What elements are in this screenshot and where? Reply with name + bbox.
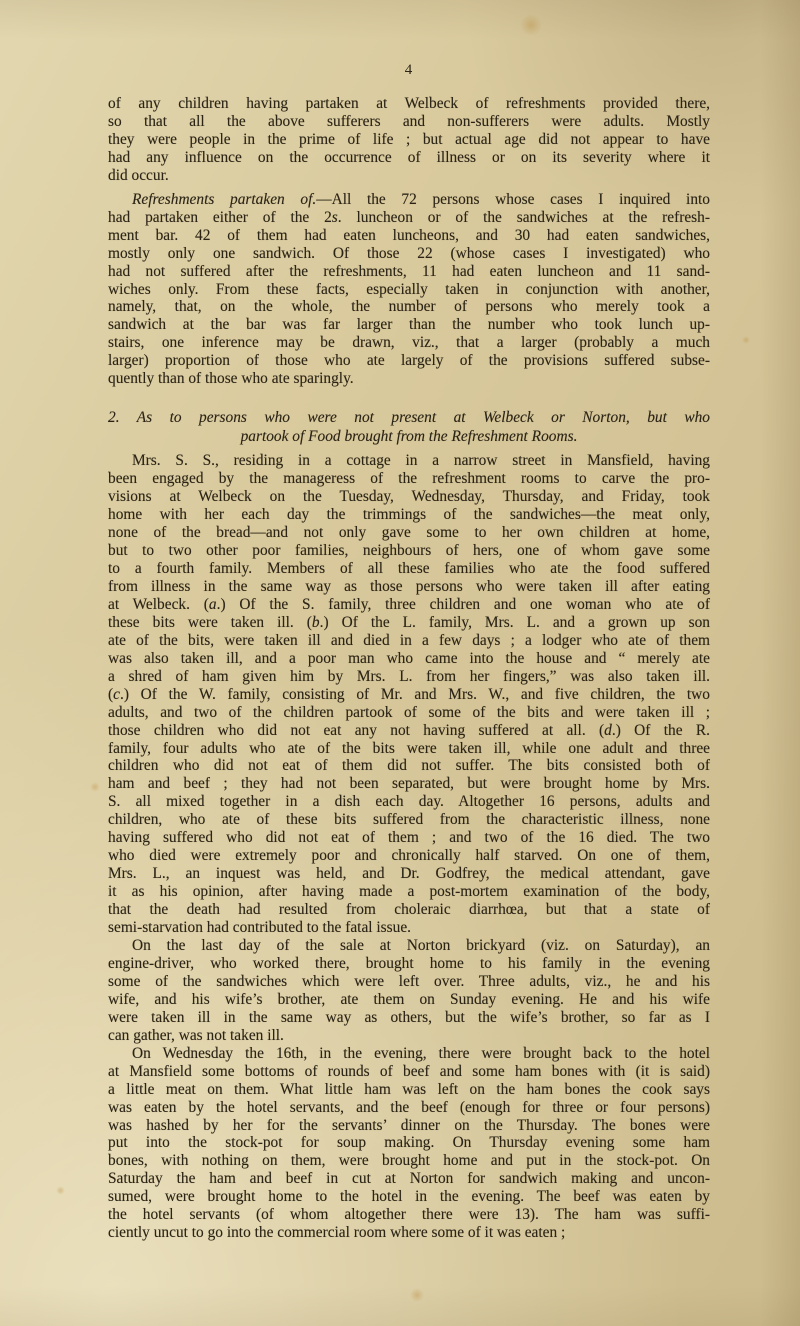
text-line: namely, that, on the whole, the number o… (108, 298, 710, 316)
text-line: those children who did not eat any not h… (108, 722, 710, 740)
text-line: a little meat on them. What little ham w… (108, 1081, 710, 1099)
text-line: a shred of ham given him by Mrs. L. from… (108, 668, 710, 686)
text-line: On the last day of the sale at Norton br… (108, 937, 710, 955)
text-line: family, four adults who ate of the bits … (108, 740, 710, 758)
paragraph: of any children having partaken at Welbe… (108, 95, 710, 185)
foxing-spot (520, 14, 542, 36)
text-line: semi-starvation had contributed to the f… (108, 919, 710, 937)
text-line: partook of Food brought from the Refresh… (108, 427, 710, 446)
text-line: 2. As to persons who were not present at… (108, 408, 710, 427)
text-line: ate of the bits, were taken ill and died… (108, 632, 710, 650)
text-line: sandwich at the bar was far larger than … (108, 316, 710, 334)
text-line: ham and beef ; they had not been separat… (108, 775, 710, 793)
text-line: was hashed by her for the servants’ dinn… (108, 1117, 710, 1135)
scanned-book-page: 4 of any children having partaken at Wel… (0, 0, 800, 1326)
text-line: On Wednesday the 16th, in the evening, t… (108, 1045, 710, 1063)
foxing-spot (410, 1288, 424, 1302)
text-line: did occur. (108, 167, 710, 185)
paragraph: Refreshments partaken of.—All the 72 per… (108, 191, 710, 388)
text-line: they were people in the prime of life ; … (108, 131, 710, 149)
text-line: these bits were taken ill. (b.) Of the L… (108, 614, 710, 632)
text-line: bones, with nothing on them, were brough… (108, 1152, 710, 1170)
text-line: so that all the above sufferers and non-… (108, 113, 710, 131)
text-line: at Welbeck. (a.) Of the S. family, three… (108, 596, 710, 614)
text-line: Mrs. L., an inquest was held, and Dr. Go… (108, 865, 710, 883)
text-line: visions at Welbeck on the Tuesday, Wedne… (108, 488, 710, 506)
text-line: of any children having partaken at Welbe… (108, 95, 710, 113)
text-line: adults, and two of the children partook … (108, 704, 710, 722)
paragraph: On Wednesday the 16th, in the evening, t… (108, 1045, 710, 1242)
text-line: can gather, was not taken ill. (108, 1027, 710, 1045)
text-line: had not suffered after the refreshments,… (108, 263, 710, 281)
page-number: 4 (108, 62, 710, 79)
text-line: it as his opinion, after having made a p… (108, 883, 710, 901)
section-heading: 2. As to persons who were not present at… (108, 408, 710, 446)
text-line: to a fourth family. Members of all these… (108, 560, 710, 578)
text-line: quently than of those who ate sparingly. (108, 370, 710, 388)
text-line: been engaged by the manageress of the re… (108, 470, 710, 488)
text-line: Mrs. S. S., residing in a cottage in a n… (108, 452, 710, 470)
text-line: were taken ill in the same way as others… (108, 1009, 710, 1027)
text-line: but to two other poor families, neighbou… (108, 542, 710, 560)
text-line: ment bar. 42 of them had eaten luncheons… (108, 227, 710, 245)
text-line: put into the stock-pot for soup making. … (108, 1134, 710, 1152)
text-line: engine-driver, who worked there, brought… (108, 955, 710, 973)
text-line: none of the bread—and not only gave some… (108, 524, 710, 542)
text-line: children, who ate of these bits suffered… (108, 811, 710, 829)
text-line: children who did not eat of them did not… (108, 757, 710, 775)
text-line: had partaken either of the 2s. luncheon … (108, 209, 710, 227)
page-text-block: of any children having partaken at Welbe… (108, 95, 710, 1242)
text-line: larger) proportion of those who ate larg… (108, 352, 710, 370)
text-line: that the death had resulted from cholera… (108, 901, 710, 919)
text-line: had any influence on the occurrence of i… (108, 149, 710, 167)
text-line: Refreshments partaken of.—All the 72 per… (108, 191, 710, 209)
text-line: home with her each day the trimmings of … (108, 506, 710, 524)
text-line: sumed, were brought home to the hotel in… (108, 1188, 710, 1206)
text-line: ciently uncut to go into the commercial … (108, 1224, 710, 1242)
text-line: at Mansfield some bottoms of rounds of b… (108, 1063, 710, 1081)
foxing-spot (742, 336, 750, 344)
paragraph: Mrs. S. S., residing in a cottage in a n… (108, 452, 710, 937)
paragraph: On the last day of the sale at Norton br… (108, 937, 710, 1045)
text-line: wiches only. From these facts, especiall… (108, 281, 710, 299)
text-line: who died were extremely poor and chronic… (108, 847, 710, 865)
text-line: S. all mixed together in a dish each day… (108, 793, 710, 811)
text-line: some of the sandwiches which were left o… (108, 973, 710, 991)
text-line: Saturday the ham and beef in cut at Nort… (108, 1170, 710, 1188)
text-line: having suffered who did not eat of them … (108, 829, 710, 847)
text-line: (c.) Of the W. family, consisting of Mr.… (108, 686, 710, 704)
text-line: stairs, one inference may be drawn, viz.… (108, 334, 710, 352)
foxing-spot (90, 782, 100, 792)
text-line: from illness in the same way as those pe… (108, 578, 710, 596)
text-line: wife, and his wife’s brother, ate them o… (108, 991, 710, 1009)
text-line: the hotel servants (of whom altogether t… (108, 1206, 710, 1224)
foxing-spot (56, 1186, 65, 1195)
text-line: mostly only one sandwich. Of those 22 (w… (108, 245, 710, 263)
text-line: was also taken ill, and a poor man who c… (108, 650, 710, 668)
text-line: was eaten by the hotel servants, and the… (108, 1099, 710, 1117)
